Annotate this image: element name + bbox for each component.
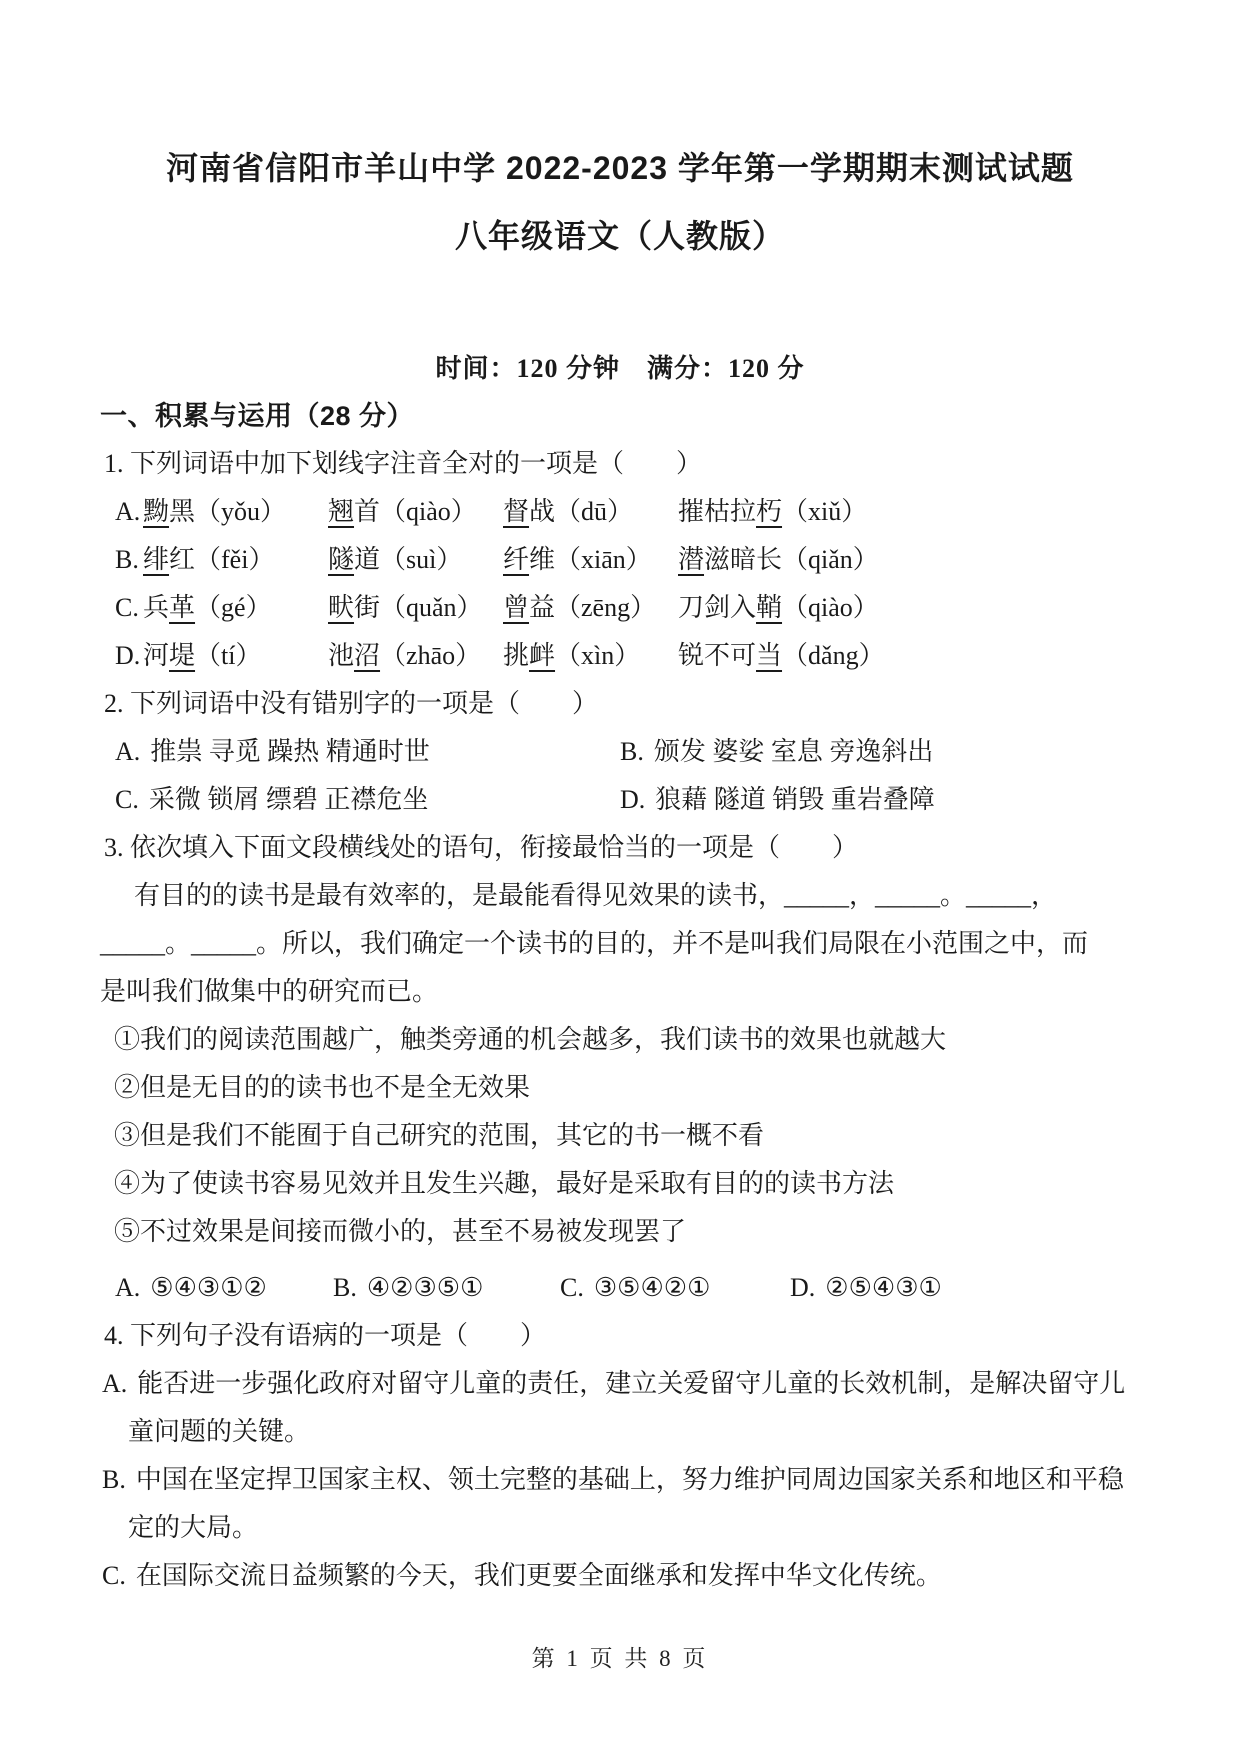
- option-label: A.: [115, 1360, 127, 1408]
- option-label: B.: [115, 1456, 126, 1504]
- item-post: （xìn）: [555, 641, 640, 670]
- phonetic-item: 畎街（quǎn）: [328, 584, 503, 632]
- q2-option-row-2: C.采微 锁屑 缥碧 正襟危坐 D.狼藉 隧道 销毁 重岩叠障: [100, 776, 1140, 824]
- q2-option-c: C.采微 锁屑 缥碧 正襟危坐: [115, 776, 620, 824]
- q2-option-d: D.狼藉 隧道 销毁 重岩叠障: [620, 776, 1140, 824]
- option-text: 在国际交流日益频繁的今天，我们更要全面继承和发挥中华文化传统。: [136, 1561, 942, 1590]
- option-label: B.: [620, 728, 644, 776]
- phonetic-item: 池沼（zhāo）: [328, 632, 503, 680]
- item-post: （gé）: [195, 593, 272, 622]
- phonetic-item: 摧枯拉朽（xiǔ）: [678, 488, 1140, 536]
- option-label: D.: [620, 776, 645, 824]
- phonetic-item: 纤维（xiān）: [503, 536, 678, 584]
- underlined-char: 鞘: [756, 593, 782, 622]
- underlined-char: 沼: [354, 641, 380, 670]
- underlined-char: 黝: [143, 497, 169, 526]
- item-post: 街（quǎn）: [354, 593, 483, 622]
- underlined-char: 翘: [328, 497, 354, 526]
- q4-option-a: A.能否进一步强化政府对留守儿童的责任，建立关爱留守儿童的长效机制，是解决留守儿…: [100, 1360, 1140, 1456]
- underlined-char: 衅: [529, 641, 555, 670]
- underlined-char: 纤: [503, 545, 529, 574]
- exam-title: 河南省信阳市羊山中学 2022-2023 学年第一学期期末测试试题: [100, 148, 1140, 188]
- item-post: 战（dū）: [529, 497, 633, 526]
- q1-option-row-d: D. 河堤（tí） 池沼（zhāo） 挑衅（xìn） 锐不可当（dǎng）: [100, 632, 1140, 680]
- q2-stem: 2. 下列词语中没有错别字的一项是（ ）: [100, 680, 1140, 728]
- exam-info: 时间：120 分钟 满分：120 分: [100, 346, 1140, 392]
- q4-option-c: C.在国际交流日益频繁的今天，我们更要全面继承和发挥中华文化传统。: [100, 1552, 1140, 1600]
- underlined-char: 朽: [756, 497, 782, 526]
- q1-stem: 1. 下列词语中加下划线字注音全对的一项是（ ）: [100, 440, 1140, 488]
- item-post: 维（xiān）: [529, 545, 652, 574]
- phonetic-item: 督战（dū）: [503, 488, 678, 536]
- option-label: D.: [790, 1264, 815, 1312]
- q1-option-row-c: C. 兵革（gé） 畎街（quǎn） 曾益（zēng） 刀剑入鞘（qiào）: [100, 584, 1140, 632]
- q3-option-b: B.④②③⑤①: [333, 1264, 560, 1312]
- item-post: （xiǔ）: [782, 497, 867, 526]
- q3-passage-line-1: 有目的的读书是最有效率的，是最能看得见效果的读书，_____，_____。___…: [100, 872, 1140, 920]
- item-pre: 兵: [143, 593, 169, 622]
- option-text: ④②③⑤①: [367, 1273, 484, 1302]
- q3-sentence-2: ②但是无目的的读书也不是全无效果: [100, 1064, 1140, 1112]
- exam-subtitle: 八年级语文（人教版）: [100, 216, 1140, 256]
- q3-option-d: D.②⑤④③①: [790, 1264, 1140, 1312]
- q3-option-row: A.⑤④③①② B.④②③⑤① C.③⑤④②① D.②⑤④③①: [100, 1264, 1140, 1312]
- item-pre: 刀剑入: [678, 593, 756, 622]
- underlined-char: 曾: [503, 593, 529, 622]
- item-post: 滋暗长（qiǎn）: [704, 545, 879, 574]
- q3-passage-line-2: _____。_____。所以，我们确定一个读书的目的，并不是叫我们局限在小范围之…: [100, 920, 1140, 968]
- phonetic-item: 兵革（gé）: [143, 584, 328, 632]
- item-post: （qiào）: [782, 593, 879, 622]
- phonetic-item: 绯红（fěi）: [143, 536, 328, 584]
- option-text: ⑤④③①②: [150, 1273, 267, 1302]
- q2-option-a: A.推祟 寻觅 躁热 精通时世: [115, 728, 620, 776]
- q4-stem: 4. 下列句子没有语病的一项是（ ）: [100, 1312, 1140, 1360]
- item-post: 黑（yǒu）: [169, 497, 286, 526]
- option-text: 能否进一步强化政府对留守儿童的责任，建立关爱留守儿童的长效机制，是解决留守儿童问…: [128, 1369, 1125, 1446]
- item-post: （zhāo）: [380, 641, 481, 670]
- page-footer: 第 1 页 共 8 页: [0, 1640, 1240, 1673]
- item-post: 益（zēng）: [529, 593, 656, 622]
- option-label: A.: [115, 728, 140, 776]
- section-heading: 一、积累与运用（28 分）: [100, 392, 1140, 440]
- item-pre: 河: [143, 641, 169, 670]
- phonetic-item: 锐不可当（dǎng）: [678, 632, 1140, 680]
- q3-option-a: A.⑤④③①②: [115, 1264, 333, 1312]
- exam-page: 河南省信阳市羊山中学 2022-2023 学年第一学期期末测试试题 八年级语文（…: [0, 0, 1240, 1600]
- option-text: 采微 锁屑 缥碧 正襟危坐: [149, 785, 429, 814]
- item-post: （tí）: [195, 641, 261, 670]
- q3-sentence-3: ③但是我们不能囿于自己研究的范围，其它的书一概不看: [100, 1112, 1140, 1160]
- item-pre: 锐不可: [678, 641, 756, 670]
- phonetic-item: 曾益（zēng）: [503, 584, 678, 632]
- underlined-char: 革: [169, 593, 195, 622]
- q1-option-row-b: B. 绯红（fěi） 隧道（suì） 纤维（xiān） 潜滋暗长（qiǎn）: [100, 536, 1140, 584]
- option-label: C.: [115, 584, 143, 632]
- q3-sentence-4: ④为了使读书容易见效并且发生兴趣，最好是采取有目的的读书方法: [100, 1160, 1140, 1208]
- phonetic-item: 黝黑（yǒu）: [143, 488, 328, 536]
- option-text: 中国在坚定捍卫国家主权、领土完整的基础上，努力维护同周边国家关系和地区和平稳定的…: [128, 1465, 1124, 1542]
- underlined-char: 堤: [169, 641, 195, 670]
- underlined-char: 畎: [328, 593, 354, 622]
- phonetic-item: 隧道（suì）: [328, 536, 503, 584]
- q4-option-b: B.中国在坚定捍卫国家主权、领土完整的基础上，努力维护同周边国家关系和地区和平稳…: [100, 1456, 1140, 1552]
- q3-passage-line-3: 是叫我们做集中的研究而已。: [100, 968, 1140, 1016]
- option-label: C.: [115, 776, 139, 824]
- option-label: A.: [115, 488, 143, 536]
- item-post: （dǎng）: [782, 641, 885, 670]
- q1-option-row-a: A. 黝黑（yǒu） 翘首（qiào） 督战（dū） 摧枯拉朽（xiǔ）: [100, 488, 1140, 536]
- option-label: D.: [115, 632, 143, 680]
- underlined-char: 当: [756, 641, 782, 670]
- option-text: ③⑤④②①: [594, 1273, 711, 1302]
- q2-option-b: B.颁发 婆娑 室息 旁逸斜出: [620, 728, 1140, 776]
- underlined-char: 潜: [678, 545, 704, 574]
- phonetic-item: 河堤（tí）: [143, 632, 328, 680]
- option-text: 狼藉 隧道 销毁 重岩叠障: [655, 785, 935, 814]
- option-label: A.: [115, 1264, 140, 1312]
- item-pre: 摧枯拉: [678, 497, 756, 526]
- option-label: B.: [333, 1264, 357, 1312]
- option-text: ②⑤④③①: [825, 1273, 942, 1302]
- q3-sentence-1: ①我们的阅读范围越广，触类旁通的机会越多，我们读书的效果也就越大: [100, 1016, 1140, 1064]
- q3-option-c: C.③⑤④②①: [560, 1264, 790, 1312]
- item-post: 红（fěi）: [169, 545, 274, 574]
- item-pre: 池: [328, 641, 354, 670]
- q2-option-row-1: A.推祟 寻觅 躁热 精通时世 B.颁发 婆娑 室息 旁逸斜出: [100, 728, 1140, 776]
- phonetic-item: 挑衅（xìn）: [503, 632, 678, 680]
- option-label: B.: [115, 536, 143, 584]
- q3-sentence-5: ⑤不过效果是间接而微小的，甚至不易被发现罢了: [100, 1208, 1140, 1256]
- item-pre: 挑: [503, 641, 529, 670]
- q3-stem: 3. 依次填入下面文段横线处的语句，衔接最恰当的一项是（ ）: [100, 824, 1140, 872]
- phonetic-item: 潜滋暗长（qiǎn）: [678, 536, 1140, 584]
- underlined-char: 绯: [143, 545, 169, 574]
- item-post: 首（qiào）: [354, 497, 477, 526]
- phonetic-item: 刀剑入鞘（qiào）: [678, 584, 1140, 632]
- underlined-char: 隧: [328, 545, 354, 574]
- underlined-char: 督: [503, 497, 529, 526]
- option-label: C.: [560, 1264, 584, 1312]
- option-label: C.: [115, 1552, 126, 1600]
- option-text: 颁发 婆娑 室息 旁逸斜出: [654, 737, 934, 766]
- phonetic-item: 翘首（qiào）: [328, 488, 503, 536]
- option-text: 推祟 寻觅 躁热 精通时世: [150, 737, 430, 766]
- item-post: 道（suì）: [354, 545, 462, 574]
